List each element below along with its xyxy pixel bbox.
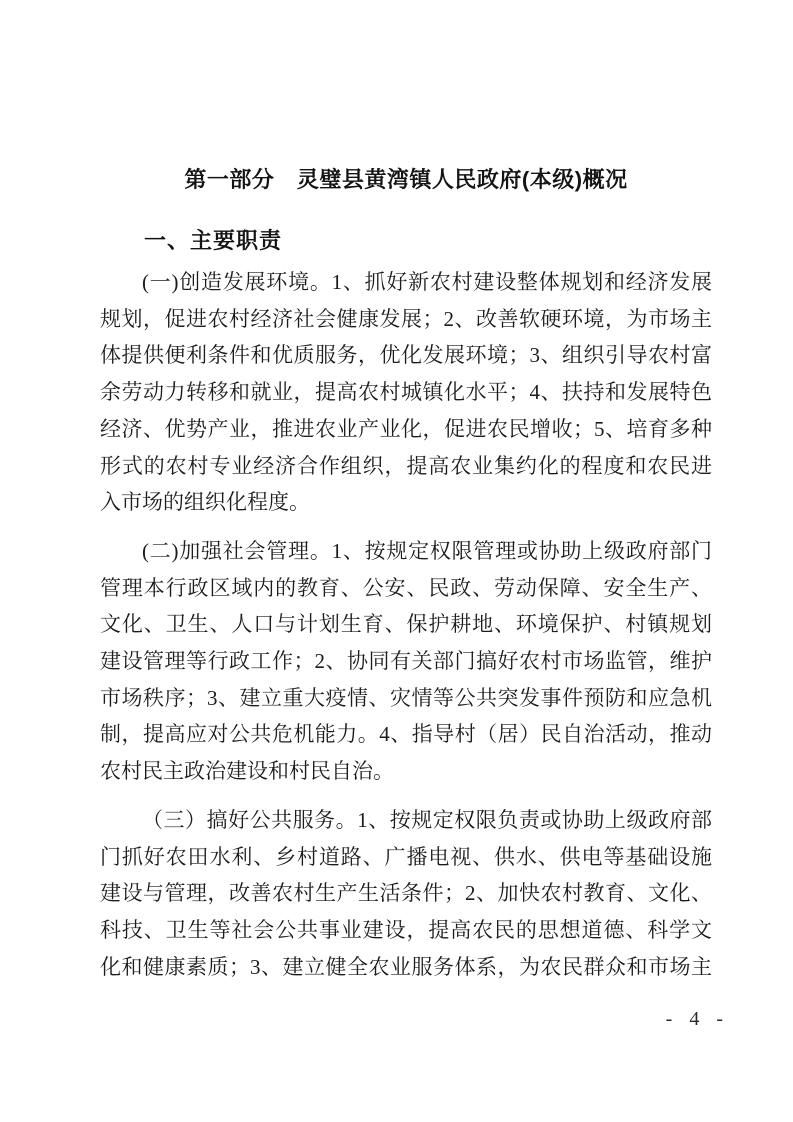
text-line: 门抓好农田水利、乡村道路、广播电视、供水、供电等基础设施 [100, 839, 712, 876]
text-line: 文化、卫生、人口与计划生育、保护耕地、环境保护、村镇规划 [100, 606, 712, 643]
text-line: 农村民主政治建设和村民自治。 [100, 753, 712, 790]
text-line: 制，提高应对公共危机能力。4、指导村（居）民自治活动，推动 [100, 716, 712, 753]
paragraph: (一)创造发展环境。1、抓好新农村建设整体规划和经济发展规划，促进农村经济社会健… [100, 264, 712, 521]
page-number: - 4 - [666, 1008, 729, 1031]
document-body: (一)创造发展环境。1、抓好新农村建设整体规划和经济发展规划，促进农村经济社会健… [100, 264, 712, 985]
text-line: 余劳动力转移和就业，提高农村城镇化水平；4、扶持和发展特色 [100, 374, 712, 411]
section-heading: 一、主要职责 [100, 224, 756, 255]
document-title: 第一部分 灵璧县黄湾镇人民政府(本级)概况 [100, 163, 712, 194]
text-line: 科技、卫生等社会公共事业建设，提高农民的思想道德、科学文 [100, 912, 712, 949]
text-line: 建设管理等行政工作；2、协同有关部门搞好农村市场监管，维护 [100, 643, 712, 680]
text-line: 体提供便利条件和优质服务，优化发展环境；3、组织引导农村富 [100, 337, 712, 374]
text-line: 管理本行政区域内的教育、公安、民政、劳动保障、安全生产、 [100, 570, 712, 607]
text-line: 经济、优势产业，推进农业产业化，促进农民增收；5、培育多种 [100, 411, 712, 448]
text-line: 形式的农村专业经济合作组织，提高农业集约化的程度和农民进 [100, 448, 712, 485]
paragraph: （三）搞好公共服务。1、按规定权限负责或协助上级政府部门抓好农田水利、乡村道路、… [100, 802, 712, 986]
text-line: 化和健康素质；3、建立健全农业服务体系，为农民群众和市场主 [100, 949, 712, 986]
document-page: 第一部分 灵璧县黄湾镇人民政府(本级)概况 一、主要职责 (一)创造发展环境。1… [0, 0, 793, 1122]
text-line: （三）搞好公共服务。1、按规定权限负责或协助上级政府部 [100, 802, 712, 839]
text-line: (一)创造发展环境。1、抓好新农村建设整体规划和经济发展 [100, 264, 712, 301]
text-line: 市场秩序；3、建立重大疫情、灾情等公共突发事件预防和应急机 [100, 680, 712, 717]
text-line: 建设与管理，改善农村生产生活条件；2、加快农村教育、文化、 [100, 875, 712, 912]
text-line: 入市场的组织化程度。 [100, 484, 712, 521]
text-line: (二)加强社会管理。1、按规定权限管理或协助上级政府部门 [100, 533, 712, 570]
paragraph: (二)加强社会管理。1、按规定权限管理或协助上级政府部门管理本行政区域内的教育、… [100, 533, 712, 790]
text-line: 规划，促进农村经济社会健康发展；2、改善软硬环境，为市场主 [100, 301, 712, 338]
